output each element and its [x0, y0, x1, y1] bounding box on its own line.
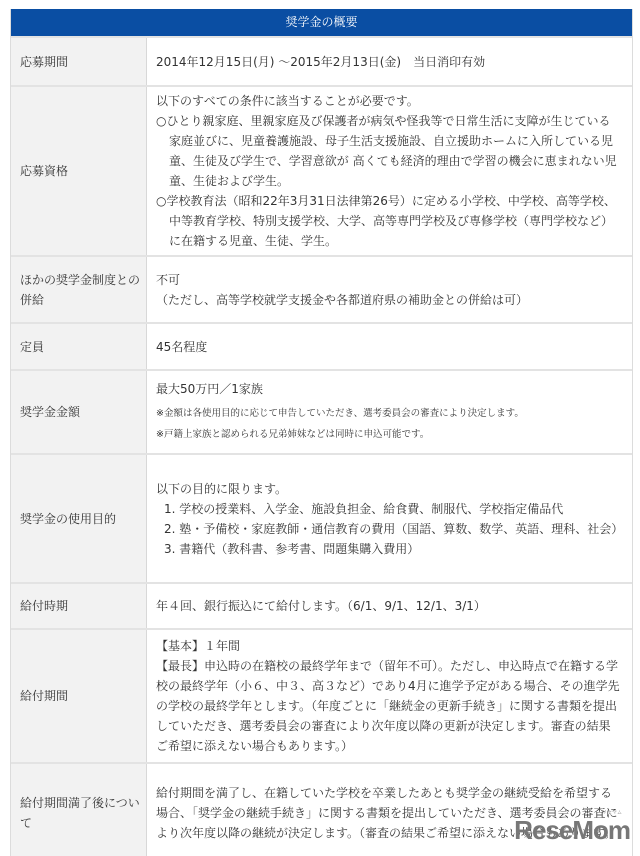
application-period-value: 2014年12月15日(月) ～2015年2月13日(金) 当日消印有効: [156, 52, 622, 72]
payment-period-max: 【最長】申込時の在籍校の最終学年まで（留年不可）。ただし、申込時点で在籍する学校…: [156, 656, 622, 756]
row-value: 年４回、銀行振込にて給付します。（6/1、9/1、12/1、3/1）: [147, 584, 632, 628]
row-value: 不可 （ただし、高等学校就学支援金や各都道府県の補助金との併給は可）: [147, 257, 632, 322]
amount-note: ※戸籍上家族と認められる兄弟姉妹などは同時に申込可能です。: [156, 424, 622, 445]
row-label: 応募資格: [11, 87, 147, 255]
row-value: 最大50万円／1家族 ※金額は各使用目的に応じて申告していただき、選考委員会の審…: [147, 371, 632, 453]
row-label: ほかの奨学金制度との併給: [11, 257, 147, 322]
row-label: 応募期間: [11, 38, 147, 85]
scholarship-overview-table: 奨学金の概要 応募期間 2014年12月15日(月) ～2015年2月13日(金…: [10, 9, 633, 856]
row-capacity: 定員 45名程度: [11, 322, 632, 369]
row-label: 給付期間満了後について: [11, 764, 147, 856]
amount-note: ※金額は各使用目的に応じて申告していただき、選考委員会の審査により決定します。: [156, 403, 622, 424]
row-usage-purpose: 奨学金の使用目的 以下の目的に限ります。 1. 学校の授業料、入学金、施設負担金…: [11, 453, 632, 582]
row-label: 給付時期: [11, 584, 147, 628]
resemom-logo: ReseMom: [514, 815, 630, 846]
payment-period-basic: 【基本】１年間: [156, 636, 622, 656]
concurrent-note: （ただし、高等学校就学支援金や各都道府県の補助金との併給は可）: [156, 290, 622, 310]
amount-value: 最大50万円／1家族: [156, 379, 622, 399]
usage-list: 1. 学校の授業料、入学金、施設負担金、給食費、制服代、学校指定備品代 2. 塾…: [156, 499, 622, 559]
row-amount: 奨学金金額 最大50万円／1家族 ※金額は各使用目的に応じて申告していただき、選…: [11, 369, 632, 453]
row-value: 【基本】１年間 【最長】申込時の在籍校の最終学年まで（留年不可）。ただし、申込時…: [147, 630, 632, 762]
concurrent-value: 不可: [156, 270, 622, 290]
row-label: 奨学金金額: [11, 371, 147, 453]
row-application-period: 応募期間 2014年12月15日(月) ～2015年2月13日(金) 当日消印有…: [11, 36, 632, 85]
row-concurrent-scholarship: ほかの奨学金制度との併給 不可 （ただし、高等学校就学支援金や各都道府県の補助金…: [11, 255, 632, 322]
eligibility-intro: 以下のすべての条件に該当することが必要です。: [156, 91, 622, 111]
row-value: 45名程度: [147, 324, 632, 369]
table-title: 奨学金の概要: [11, 9, 632, 36]
row-label: 奨学金の使用目的: [11, 455, 147, 582]
usage-item: 3. 書籍代（教科書、参考書、問題集購入費用）: [156, 539, 622, 559]
usage-item: 1. 学校の授業料、入学金、施設負担金、給食費、制服代、学校指定備品代: [156, 499, 622, 519]
row-payment-timing: 給付時期 年４回、銀行振込にて給付します。（6/1、9/1、12/1、3/1）: [11, 582, 632, 628]
row-value: 2014年12月15日(月) ～2015年2月13日(金) 当日消印有効: [147, 38, 632, 85]
usage-intro: 以下の目的に限ります。: [156, 479, 622, 499]
row-value: 以下のすべての条件に該当することが必要です。 ○ひとり親家庭、里親家庭及び保護者…: [147, 87, 632, 255]
row-payment-period: 給付期間 【基本】１年間 【最長】申込時の在籍校の最終学年まで（留年不可）。ただ…: [11, 628, 632, 762]
payment-timing-value: 年４回、銀行振込にて給付します。（6/1、9/1、12/1、3/1）: [156, 596, 622, 616]
row-label: 給付期間: [11, 630, 147, 762]
usage-item: 2. 塾・予備校・家庭教師・通信教育の費用（国語、算数、数学、英語、理科、社会）: [156, 519, 622, 539]
row-label: 定員: [11, 324, 147, 369]
eligibility-item: ○学校教育法（昭和22年3月31日法律第26号）に定める小学校、中学校、高等学校…: [156, 191, 622, 251]
eligibility-item: ○ひとり親家庭、里親家庭及び保護者が病気や怪我等で日常生活に支障が生じている家庭…: [156, 111, 622, 191]
row-eligibility: 応募資格 以下のすべての条件に該当することが必要です。 ○ひとり親家庭、里親家庭…: [11, 85, 632, 255]
capacity-value: 45名程度: [156, 337, 622, 357]
row-value: 以下の目的に限ります。 1. 学校の授業料、入学金、施設負担金、給食費、制服代、…: [147, 455, 632, 582]
